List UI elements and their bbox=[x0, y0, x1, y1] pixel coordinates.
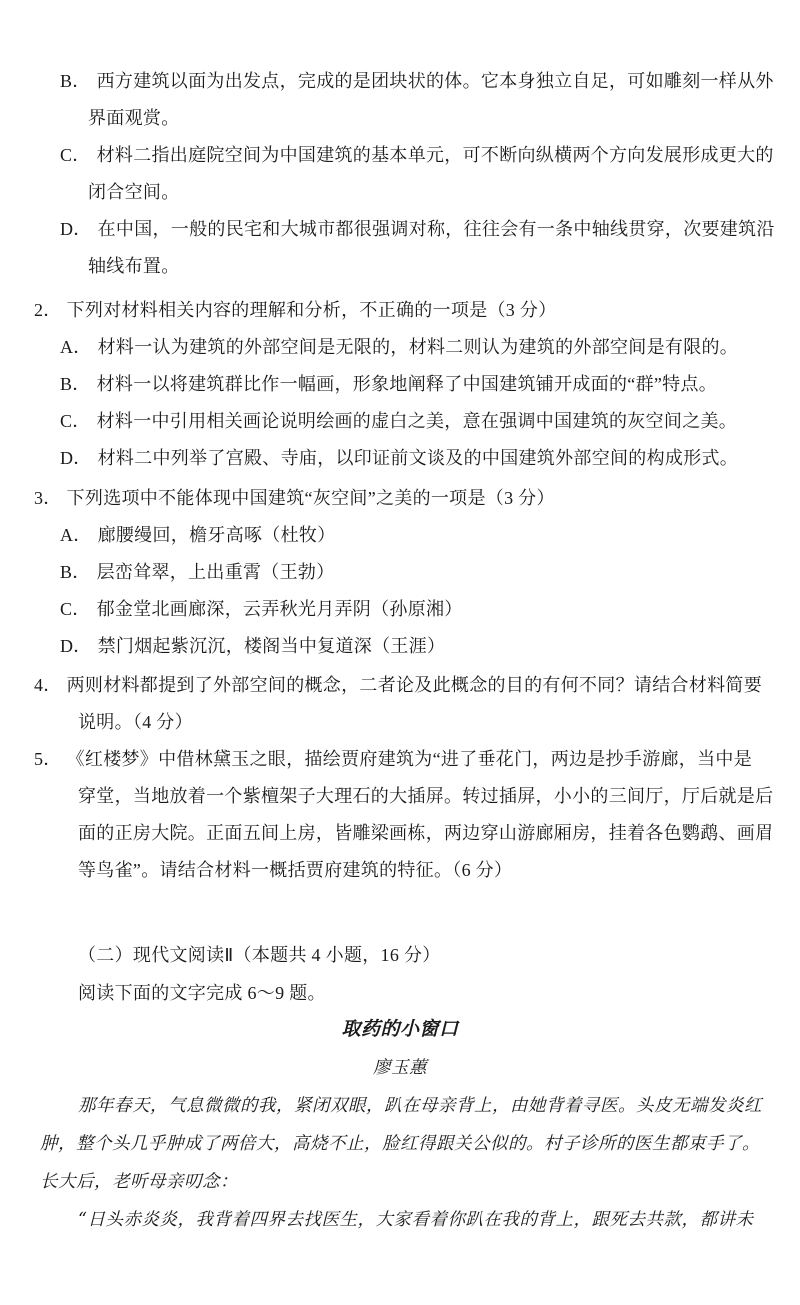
q5-line3: 面的正房大院。正面五间上房，皆雕梁画栋，两边穿山游廊厢房，挂着各色鹦鹉、画眉 bbox=[78, 821, 773, 845]
q2-option-b-label: B． bbox=[60, 372, 91, 396]
essay-p1-line2: 肿，整个头几乎肿成了两倍大，高烧不止，脸红得跟关公似的。村子诊所的医生都束手了。 bbox=[40, 1132, 760, 1156]
q2-number: 2． bbox=[34, 298, 62, 322]
q4-text-line1: 两则材料都提到了外部空间的概念，二者论及此概念的目的有何不同？请结合材料简要 bbox=[67, 675, 762, 695]
q3-stem: 3．下列选项中不能体现中国建筑“灰空间”之美的一项是（3 分） bbox=[34, 486, 555, 510]
q1-option-d-text: 在中国，一般的民宅和大城市都很强调对称，往往会有一条中轴线贯穿，次要建筑沿 bbox=[98, 219, 775, 239]
q1-option-d-line1: D．在中国，一般的民宅和大城市都很强调对称，往往会有一条中轴线贯穿，次要建筑沿 bbox=[60, 217, 775, 241]
q2-option-d: D．材料二中列举了宫殿、寺庙，以印证前文谈及的中国建筑外部空间的构成形式。 bbox=[60, 446, 738, 470]
q3-option-c-text: 郁金堂北画廊深，云弄秋光月弄阴（孙原湘） bbox=[97, 599, 463, 619]
q1-option-b-line2: 界面观赏。 bbox=[88, 106, 180, 130]
q1-option-c-label: C． bbox=[60, 143, 91, 167]
q2-option-c: C．材料一中引用相关画论说明绘画的虚白之美，意在强调中国建筑的灰空间之美。 bbox=[60, 409, 737, 433]
q1-option-b-text: 西方建筑以面为出发点，完成的是团块状的体。它本身独立自足，可如雕刻一样从外 bbox=[97, 71, 774, 91]
essay-p2-line1: “日头赤炎炎，我背着四界去找医生，大家看着你趴在我的背上，跟死去共款，都讲未 bbox=[78, 1208, 753, 1232]
q3-number: 3． bbox=[34, 486, 62, 510]
q5-text-line1: 《红楼梦》中借林黛玉之眼，描绘贾府建筑为“进了垂花门，两边是抄手游廊，当中是 bbox=[67, 749, 752, 769]
q1-option-b-label: B． bbox=[60, 69, 91, 93]
q3-option-b: B．层峦耸翠，上出重霄（王勃） bbox=[60, 560, 335, 584]
q1-option-b-line1: B．西方建筑以面为出发点，完成的是团块状的体。它本身独立自足，可如雕刻一样从外 bbox=[60, 69, 774, 93]
q3-option-d-label: D． bbox=[60, 634, 92, 658]
essay-p1-line3: 长大后，老听母亲叨念： bbox=[40, 1170, 238, 1194]
q5-line1: 5．《红楼梦》中借林黛玉之眼，描绘贾府建筑为“进了垂花门，两边是抄手游廊，当中是 bbox=[34, 747, 752, 771]
q3-option-a-label: A． bbox=[60, 523, 92, 547]
essay-title: 取药的小窗口 bbox=[40, 1017, 760, 1041]
q3-option-b-label: B． bbox=[60, 560, 91, 584]
q4-number: 4． bbox=[34, 673, 62, 697]
section-2-heading: （二）现代文阅读Ⅱ（本题共 4 小题，16 分） bbox=[78, 943, 441, 967]
q2-option-a-text: 材料一认为建筑的外部空间是无限的，材料二则认为建筑的外部空间是有限的。 bbox=[98, 337, 739, 357]
q1-option-c-line1: C．材料二指出庭院空间为中国建筑的基本单元，可不断向纵横两个方向发展形成更大的 bbox=[60, 143, 774, 167]
q2-option-b-text: 材料一以将建筑群比作一幅画，形象地阐释了中国建筑铺开成面的“群”特点。 bbox=[97, 374, 717, 394]
q3-option-c: C．郁金堂北画廊深，云弄秋光月弄阴（孙原湘） bbox=[60, 597, 463, 621]
section-2-instruction: 阅读下面的文字完成 6～9 题。 bbox=[78, 981, 326, 1005]
q2-option-a-label: A． bbox=[60, 335, 92, 359]
q2-option-c-label: C． bbox=[60, 409, 91, 433]
q3-option-b-text: 层峦耸翠，上出重霄（王勃） bbox=[97, 562, 335, 582]
q1-option-d-label: D． bbox=[60, 217, 92, 241]
q2-option-b: B．材料一以将建筑群比作一幅画，形象地阐释了中国建筑铺开成面的“群”特点。 bbox=[60, 372, 717, 396]
q3-option-d: D．禁门烟起紫沉沉，楼阁当中复道深（王涯） bbox=[60, 634, 445, 658]
q3-option-d-text: 禁门烟起紫沉沉，楼阁当中复道深（王涯） bbox=[98, 636, 446, 656]
q1-option-c-text: 材料二指出庭院空间为中国建筑的基本单元，可不断向纵横两个方向发展形成更大的 bbox=[97, 145, 774, 165]
essay-p1-line1: 那年春天，气息微微的我，紧闭双眼，趴在母亲背上，由她背着寻医。头皮无端发炎红 bbox=[78, 1094, 762, 1118]
exam-paper-page: B．西方建筑以面为出发点，完成的是团块状的体。它本身独立自足，可如雕刻一样从外 … bbox=[0, 0, 800, 1305]
q2-option-d-label: D． bbox=[60, 446, 92, 470]
q3-option-a: A．廊腰缦回，檐牙高啄（杜牧） bbox=[60, 523, 336, 547]
q5-line2: 穿堂，当地放着一个紫檀架子大理石的大插屏。转过插屏，小小的三间厅，厅后就是后 bbox=[78, 784, 773, 808]
essay-author: 廖玉蕙 bbox=[40, 1056, 760, 1080]
q2-option-a: A．材料一认为建筑的外部空间是无限的，材料二则认为建筑的外部空间是有限的。 bbox=[60, 335, 738, 359]
q2-stem: 2．下列对材料相关内容的理解和分析，不正确的一项是（3 分） bbox=[34, 298, 557, 322]
q2-option-d-text: 材料二中列举了宫殿、寺庙，以印证前文谈及的中国建筑外部空间的构成形式。 bbox=[98, 448, 739, 468]
q1-option-d-line2: 轴线布置。 bbox=[88, 254, 180, 278]
q5-number: 5． bbox=[34, 747, 62, 771]
q2-option-c-text: 材料一中引用相关画论说明绘画的虚白之美，意在强调中国建筑的灰空间之美。 bbox=[97, 411, 738, 431]
q5-line4: 等鸟雀”。请结合材料一概括贾府建筑的特征。（6 分） bbox=[78, 858, 512, 882]
q3-option-a-text: 廊腰缦回，檐牙高啄（杜牧） bbox=[98, 525, 336, 545]
q2-stem-text: 下列对材料相关内容的理解和分析，不正确的一项是（3 分） bbox=[67, 300, 557, 320]
q1-option-c-line2: 闭合空间。 bbox=[88, 180, 180, 204]
q4-line2: 说明。（4 分） bbox=[78, 710, 193, 734]
q3-option-c-label: C． bbox=[60, 597, 91, 621]
q3-stem-text: 下列选项中不能体现中国建筑“灰空间”之美的一项是（3 分） bbox=[67, 488, 555, 508]
q4-line1: 4．两则材料都提到了外部空间的概念，二者论及此概念的目的有何不同？请结合材料简要 bbox=[34, 673, 762, 697]
